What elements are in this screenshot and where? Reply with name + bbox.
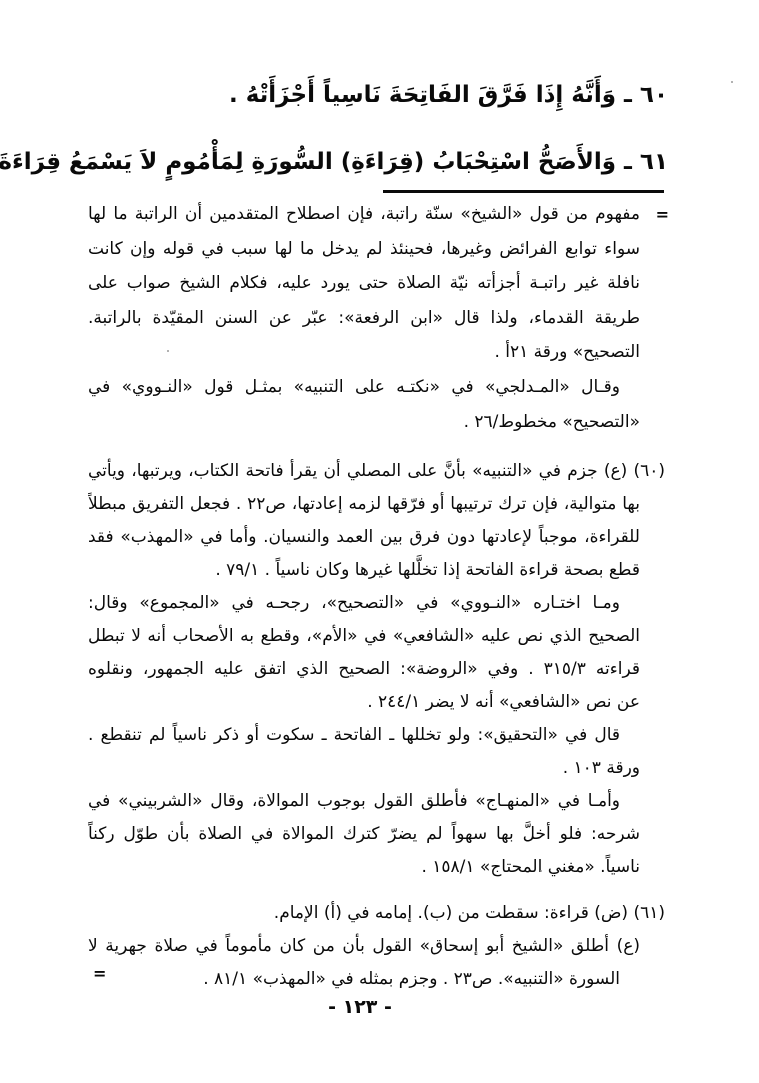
footnote-line: «التصحيح» مخطوط/٢٦ . xyxy=(88,405,665,440)
footnote-line: (ع) أطلق «الشيخ أبو إسحاق» القول بأن من … xyxy=(88,930,665,963)
book-page: ٦٠ ـ وَأَنَّهُ إِذَا فَرَّقَ الفَاتِحَةَ… xyxy=(0,0,759,1083)
page-number: - ١٢٣ - xyxy=(290,996,430,1018)
footnote-line: (٦١) (ض) قراءة: سقطت من (ب). إمامه في (أ… xyxy=(88,897,665,930)
footnote-61-block: (٦١) (ض) قراءة: سقطت من (ب). إمامه في (أ… xyxy=(88,897,665,996)
footnote-line: بها متوالية، فإن ترك ترتيبها أو فرّقها ل… xyxy=(88,488,665,521)
footnote-continuation-block: مفهوم من قول «الشيخ» سنّة راتبة، فإن اصط… xyxy=(88,197,665,439)
scan-speck xyxy=(731,81,733,83)
footnote-line: عن نص «الشافعي» أنه لا يضر ٢٤٤/١ . xyxy=(88,686,665,719)
footnote-separator-rule xyxy=(383,190,664,193)
footnote-line: السورة «التنبيه». ص٢٣ . وجزم بمثله في «ا… xyxy=(88,963,665,996)
footnote-line: مفهوم من قول «الشيخ» سنّة راتبة، فإن اصط… xyxy=(88,197,665,232)
footnote-line: طريقة القدماء، ولذا قال «ابن الرفعة»: عب… xyxy=(88,301,665,336)
footnote-line: وأمـا في «المنهـاج» فأطلق القول بوجوب ال… xyxy=(88,785,665,818)
matn-line-61: ٦١ ـ وَالأَصَحُّ اسْتِحْبَابُ (قِرَاءَةِ… xyxy=(68,129,668,196)
footnote-continues-next-page-marker: = xyxy=(93,964,106,983)
footnote-line: للقراءة، موجباً لإعادتها دون فرق بين الع… xyxy=(88,521,665,554)
footnote-line: وقـال «المـدلجي» في «نكتـه على التنبيه» … xyxy=(88,370,665,405)
footnote-line: قال في «التحقيق»: ولو تخللها ـ الفاتحة ـ… xyxy=(88,719,665,752)
main-text: ٦٠ ـ وَأَنَّهُ إِذَا فَرَّقَ الفَاتِحَةَ… xyxy=(68,62,668,196)
scan-speck xyxy=(540,870,542,872)
footnote-60-block: (٦٠) (ع) جزم في «التنبيه» بأنَّ على المص… xyxy=(88,455,665,884)
footnote-line: قطع بصحة قراءة الفاتحة إذا تخلَّلها غيره… xyxy=(88,554,665,587)
footnote-line: ومـا اختـاره «النـووي» في «التصحيح»، رجح… xyxy=(88,587,665,620)
footnote-line: سواء توابع الفرائض وغيرها، فحينئذ لم يدخ… xyxy=(88,232,665,267)
footnote-line: ناسياً. «مغني المحتاج» ١٥٨/١ . xyxy=(88,851,665,884)
footnote-line: (٦٠) (ع) جزم في «التنبيه» بأنَّ على المص… xyxy=(88,455,665,488)
footnote-line: شرحه: فلو أخلَّ بها سهواً لم يضرّ كترك ا… xyxy=(88,818,665,851)
footnote-line: الصحيح الذي نص عليه «الشافعي» في «الأم»،… xyxy=(88,620,665,653)
footnote-line: قراءته ٣١٥/٣ . وفي «الروضة»: الصحيح الذي… xyxy=(88,653,665,686)
matn-line-60: ٦٠ ـ وَأَنَّهُ إِذَا فَرَّقَ الفَاتِحَةَ… xyxy=(68,62,668,129)
scan-speck xyxy=(167,350,169,352)
footnote-line: التصحيح» ورقة ٢١أ . xyxy=(88,335,665,370)
footnote-line: ورقة ١٠٣ . xyxy=(88,752,665,785)
footnote-line: نافلة غير راتبـة أجزأته نيّة الصلاة حتى … xyxy=(88,266,665,301)
